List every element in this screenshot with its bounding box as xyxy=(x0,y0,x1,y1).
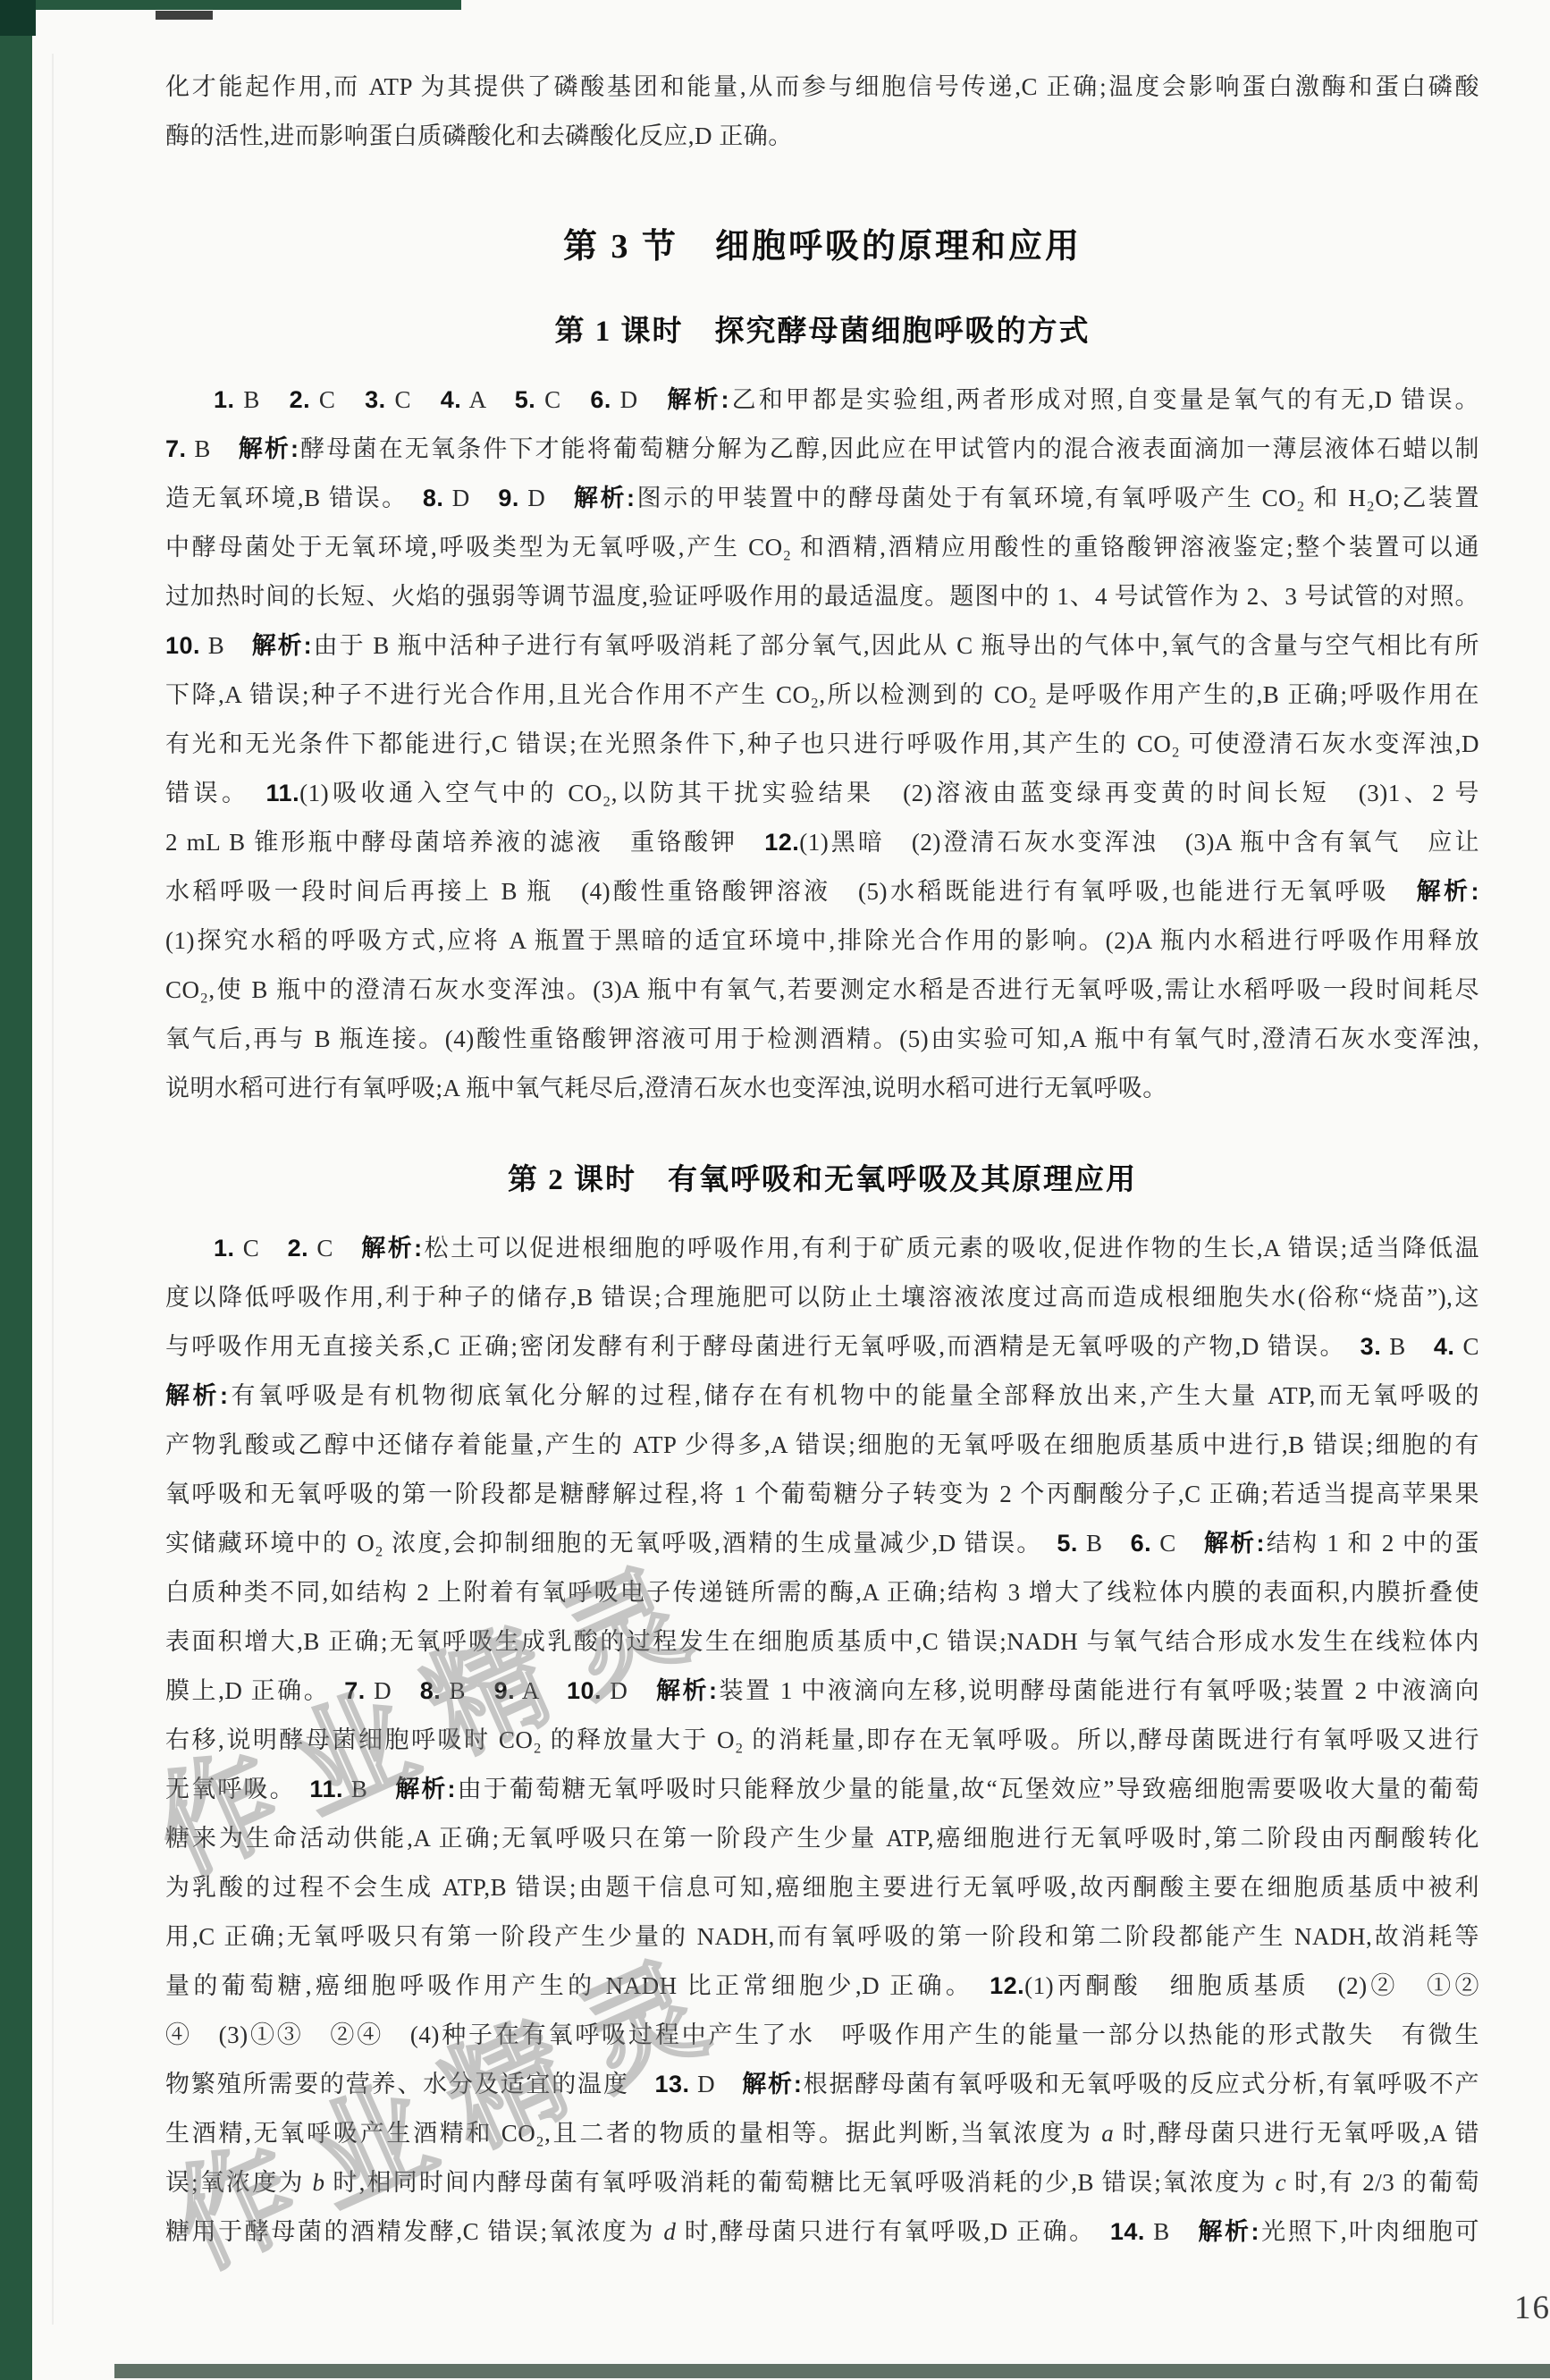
text-segment: 3. xyxy=(1360,1333,1382,1360)
text-segment: 氧气后,再与 B 瓶连接。(4)酸性重铬酸钾溶液可用于检测酒精。(5)由实验可知… xyxy=(165,1025,1479,1052)
text-segment: 水稻呼吸一段时间后再接上 B 瓶 (4)酸性重铬酸钾溶液 (5)水稻既能进行有氧… xyxy=(165,878,1417,905)
text-segment: B xyxy=(1381,1333,1434,1360)
text-segment: (1)丙酮酸 细胞质基质 (2)② ①② xyxy=(1024,1972,1479,1999)
text-segment: 产物乳酸或乙醇中还储存着能量,产生的 ATP 少得多,A 错误;细胞的无氧呼吸在… xyxy=(165,1431,1479,1458)
answer-text-line: 实储藏环境中的 O₂ 浓度,会抑制细胞的无氧呼吸,酒精的生成量减少,D 错误。 … xyxy=(165,1519,1479,1568)
text-segment: C xyxy=(310,386,365,413)
answer-text-line: 与呼吸作用无直接关系,C 正确;密闭发酵有利于酵母菌进行无氧呼吸,而酒精是无氧呼… xyxy=(165,1322,1479,1371)
text-segment: C xyxy=(308,1235,361,1262)
text-segment: 13. xyxy=(654,2071,689,2097)
text-segment: 2 mL B 锥形瓶中酵母菌培养液的滤液 重铬酸钾 xyxy=(165,829,764,856)
text-segment: ④ (3)①③ ②④ (4)种子在有氧呼吸过程中产生了水 呼吸作用产生的能量一部… xyxy=(165,2021,1479,2048)
text-segment: D xyxy=(366,1677,420,1704)
text-segment: 下降,A 错误;种子不进行光合作用,且光合作用不产生 CO₂,所以检测到的 CO… xyxy=(165,681,1479,708)
text-segment: 用,C 正确;无氧呼吸只有第一阶段产生少量的 NADH,而有氧呼吸的第一阶段和第… xyxy=(165,1923,1479,1950)
section-heading: 第 3 节 细胞呼吸的原理和应用 xyxy=(165,220,1479,274)
text-segment: 6. xyxy=(1131,1530,1152,1557)
text-segment: 白质种类不同,如结构 2 上附着有氧呼吸电子传递链所需的酶,A 正确;结构 3 … xyxy=(165,1579,1479,1606)
text-segment: 松土可以促进根细胞的呼吸作用,有利于矿质元素的吸收,促进作物的生长,A 错误;适… xyxy=(423,1235,1479,1262)
text-segment: 时,有 2/3 的葡萄 xyxy=(1286,2169,1479,2196)
text-segment: 糖用于酵母菌的酒精发酵,C 错误;氧浓度为 xyxy=(165,2218,663,2245)
answer-text-line: 糖用于酵母菌的酒精发酵,C 错误;氧浓度为 d 时,酵母菌只进行有氧呼吸,D 正… xyxy=(165,2207,1479,2257)
text-segment: 有光和无光条件下都能进行,C 错误;在光照条件下,种子也只进行呼吸作用,其产生的… xyxy=(165,730,1479,757)
text-segment: 8. xyxy=(423,485,444,511)
text-segment: D xyxy=(602,1677,656,1704)
answer-text-line: 糖来为生命活动供能,A 正确;无氧呼吸只在第一阶段产生少量 ATP,癌细胞进行无… xyxy=(165,1814,1479,1863)
text-segment: 造无氧环境,B 错误。 xyxy=(165,485,423,511)
text-segment: D xyxy=(519,485,574,511)
text-segment: B xyxy=(235,386,290,413)
text-segment: 9. xyxy=(498,485,519,511)
text-segment: 与呼吸作用无直接关系,C 正确;密闭发酵有利于酵母菌进行无氧呼吸,而酒精是无氧呼… xyxy=(165,1333,1360,1360)
answer-text-line: 化才能起作用,而 ATP 为其提供了磷酸基团和能量,从而参与细胞信号传递,C 正… xyxy=(165,63,1479,112)
text-segment: c xyxy=(1276,2169,1286,2196)
lesson-heading: 第 1 课时 探究酵母菌细胞呼吸的方式 xyxy=(165,309,1479,354)
text-segment: B xyxy=(441,1677,493,1704)
text-segment: 5. xyxy=(1057,1530,1078,1557)
answer-text-line: 错误。 11.(1)吸收通入空气中的 CO₂,以防其干扰实验结果 (2)溶液由蓝… xyxy=(165,769,1479,818)
answer-text-line: 有光和无光条件下都能进行,C 错误;在光照条件下,种子也只进行呼吸作用,其产生的… xyxy=(165,720,1479,769)
text-segment: 时,酵母菌只进行无氧呼吸,A 错 xyxy=(1114,2120,1479,2147)
answer-text-line: ④ (3)①③ ②④ (4)种子在有氧呼吸过程中产生了水 呼吸作用产生的能量一部… xyxy=(165,2011,1479,2060)
text-segment: 乙和甲都是实验组,两者形成对照,自变量是氧气的有无,D 错误。 xyxy=(729,386,1479,413)
answer-text-line: 产物乳酸或乙醇中还储存着能量,产生的 ATP 少得多,A 错误;细胞的无氧呼吸在… xyxy=(165,1421,1479,1470)
text-segment: C xyxy=(235,1235,288,1262)
lesson-heading: 第 2 课时 有氧呼吸和无氧呼吸及其原理应用 xyxy=(165,1158,1479,1203)
text-segment: 物繁殖所需要的营养、水分及适宜的温度 xyxy=(165,2071,654,2097)
text-segment: 误;氧浓度为 xyxy=(165,2169,312,2196)
answer-text-line: 膜上,D 正确。 7. D 8. B 9. A 10. D 解析:装置 1 中液… xyxy=(165,1667,1479,1716)
answer-text-line: 过加热时间的长短、火焰的强弱等调节温度,验证呼吸作用的最适温度。题图中的 1、4… xyxy=(165,572,1479,621)
text-segment: 6. xyxy=(590,386,611,413)
text-segment: 光照下,叶肉细胞可 xyxy=(1259,2218,1479,2245)
text-segment: 1. xyxy=(214,386,235,413)
text-segment: 7. xyxy=(165,435,187,462)
answer-text-line: 造无氧环境,B 错误。 8. D 9. D 解析:图示的甲装置中的酵母菌处于有氧… xyxy=(165,474,1479,523)
answer-text-line: (1)探究水稻的呼吸方式,应将 A 瓶置于黑暗的适宜环境中,排除光合作用的影响。… xyxy=(165,916,1479,966)
answer-text-line: 为乳酸的过程不会生成 ATP,B 错误;由题干信息可知,癌细胞主要进行无氧呼吸,… xyxy=(165,1863,1479,1912)
answer-text-line: 用,C 正确;无氧呼吸只有第一阶段产生少量的 NADH,而有氧呼吸的第一阶段和第… xyxy=(165,1912,1479,1962)
text-segment: 量的葡萄糖,癌细胞呼吸作用产生的 NADH 比正常细胞少,D 正确。 xyxy=(165,1972,990,1999)
text-segment: 由于 B 瓶中活种子进行有氧呼吸消耗了部分氧气,因此从 C 瓶导出的气体中,氧气… xyxy=(312,632,1479,659)
answer-text-line: 下降,A 错误;种子不进行光合作用,且光合作用不产生 CO₂,所以检测到的 CO… xyxy=(165,671,1479,720)
answer-text-line: 无氧呼吸。 11. B 解析:由于葡萄糖无氧呼吸时只能释放少量的能量,故“瓦堡效… xyxy=(165,1765,1479,1814)
answer-text-line: 1. C 2. C 解析:松土可以促进根细胞的呼吸作用,有利于矿质元素的吸收,促… xyxy=(165,1224,1479,1273)
text-segment: B xyxy=(1078,1530,1131,1557)
answer-text-line: 度以降低呼吸作用,利于种子的储存,B 错误;合理施肥可以防止土壤溶液浓度过高而造… xyxy=(165,1273,1479,1322)
text-segment: 表面积增大,B 正确;无氧呼吸生成乳酸的过程发生在细胞质基质中,C 错误;NAD… xyxy=(165,1628,1479,1655)
text-segment: C xyxy=(1454,1333,1479,1360)
text-segment: 实储藏环境中的 O₂ 浓度,会抑制细胞的无氧呼吸,酒精的生成量减少,D 错误。 xyxy=(165,1530,1057,1557)
text-segment: 解析: xyxy=(1417,878,1479,905)
answer-text-line: 解析:有氧呼吸是有机物彻底氧化分解的过程,储存在有机物中的能量全部释放出来,产生… xyxy=(165,1371,1479,1421)
text-segment: 解析: xyxy=(656,1677,718,1704)
text-segment: 酶的活性,进而影响蛋白质磷酸化和去磷酸化反应,D 正确。 xyxy=(165,122,793,149)
text-segment: 8. xyxy=(420,1677,442,1704)
text-segment: A xyxy=(461,386,515,413)
text-segment: 装置 1 中液滴向左移,说明酵母菌能进行有氧呼吸;装置 2 中液滴向 xyxy=(718,1677,1480,1704)
text-segment: 右移,说明酵母菌细胞呼吸时 CO₂ 的释放量大于 O₂ 的消耗量,即存在无氧呼吸… xyxy=(165,1726,1479,1753)
text-segment: 酵母菌在无氧条件下才能将葡萄糖分解为乙醇,因此应在甲试管内的混合液表面滴加一薄层… xyxy=(299,435,1479,462)
text-segment: 解析: xyxy=(742,2071,802,2097)
answer-text-line: 10. B 解析:由于 B 瓶中活种子进行有氧呼吸消耗了部分氧气,因此从 C 瓶… xyxy=(165,621,1479,671)
answer-text-line: 说明水稻可进行有氧呼吸;A 瓶中氧气耗尽后,澄清石灰水也变浑浊,说明水稻可进行无… xyxy=(165,1064,1479,1113)
page-border-left xyxy=(0,0,32,2380)
text-segment: 氧呼吸和无氧呼吸的第一阶段都是糖酵解过程,将 1 个葡萄糖分子转变为 2 个丙酮… xyxy=(165,1481,1479,1507)
text-segment: A xyxy=(515,1677,567,1704)
text-segment: 由于葡萄糖无氧呼吸时只能释放少量的能量,故“瓦堡效应”导致癌细胞需要吸收大量的葡… xyxy=(456,1776,1479,1802)
text-segment: D xyxy=(611,386,668,413)
text-segment: b xyxy=(312,2169,324,2196)
text-segment: B xyxy=(1145,2218,1199,2245)
text-segment: 4. xyxy=(1434,1333,1455,1360)
text-segment: 解析: xyxy=(574,485,636,511)
answer-text-line: 酶的活性,进而影响蛋白质磷酸化和去磷酸化反应,D 正确。 xyxy=(165,112,1479,161)
text-segment: 10. xyxy=(165,632,200,659)
text-segment: (1)黑暗 (2)澄清石灰水变浑浊 (3)A 瓶中含有氧气 应让 xyxy=(799,829,1479,856)
text-segment: 解析: xyxy=(667,386,729,413)
answer-text-line: 氧气后,再与 B 瓶连接。(4)酸性重铬酸钾溶液可用于检测酒精。(5)由实验可知… xyxy=(165,1015,1479,1064)
text-segment: 9. xyxy=(494,1677,516,1704)
text-segment: 错误。 xyxy=(165,780,266,806)
text-segment: 无氧呼吸。 xyxy=(165,1776,309,1802)
text-segment: (1)探究水稻的呼吸方式,应将 A 瓶置于黑暗的适宜环境中,排除光合作用的影响。… xyxy=(165,927,1479,954)
answer-text-line: 右移,说明酵母菌细胞呼吸时 CO₂ 的释放量大于 O₂ 的消耗量,即存在无氧呼吸… xyxy=(165,1716,1479,1765)
answer-text-line: 2 mL B 锥形瓶中酵母菌培养液的滤液 重铬酸钾 12.(1)黑暗 (2)澄清… xyxy=(165,818,1479,867)
text-segment: 2. xyxy=(290,386,311,413)
page-border-bottom xyxy=(114,2364,1550,2378)
answer-text-line: 1. B 2. C 3. C 4. A 5. C 6. D 解析:乙和甲都是实验… xyxy=(165,376,1479,425)
text-segment: D xyxy=(443,485,498,511)
page-border-top xyxy=(0,0,461,10)
scan-mark xyxy=(156,11,213,20)
text-segment: 为乳酸的过程不会生成 ATP,B 错误;由题干信息可知,癌细胞主要进行无氧呼吸,… xyxy=(165,1874,1479,1901)
text-segment: 12. xyxy=(990,1972,1024,1999)
answer-text-line: 量的葡萄糖,癌细胞呼吸作用产生的 NADH 比正常细胞少,D 正确。 12.(1… xyxy=(165,1962,1479,2011)
text-segment: 解析: xyxy=(252,632,312,659)
text-segment: 时,相同时间内酵母菌有氧呼吸消耗的葡萄糖比无氧呼吸消耗的少,B 错误;氧浓度为 xyxy=(324,2169,1275,2196)
text-segment: d xyxy=(663,2218,676,2245)
page-corner-square xyxy=(0,0,36,36)
text-segment: 解析: xyxy=(395,1776,456,1802)
text-segment: 10. xyxy=(567,1677,602,1704)
text-segment: C xyxy=(386,386,441,413)
answer-text-line: 误;氧浓度为 b 时,相同时间内酵母菌有氧呼吸消耗的葡萄糖比无氧呼吸消耗的少,B… xyxy=(165,2158,1479,2207)
answer-text-line: 表面积增大,B 正确;无氧呼吸生成乳酸的过程发生在细胞质基质中,C 错误;NAD… xyxy=(165,1617,1479,1667)
answer-text-line: 生酒精,无氧呼吸产生酒精和 CO₂,且二者的物质的量相等。据此判断,当氧浓度为 … xyxy=(165,2109,1479,2158)
content-area: 化才能起作用,而 ATP 为其提供了磷酸基团和能量,从而参与细胞信号传递,C 正… xyxy=(165,63,1479,2257)
page-seam xyxy=(52,54,54,2325)
text-segment: 2. xyxy=(288,1235,309,1262)
text-segment: 解析: xyxy=(1204,1530,1265,1557)
text-segment: B xyxy=(343,1776,395,1802)
text-segment: 4. xyxy=(441,386,462,413)
text-segment: 中酵母菌处于无氧环境,呼吸类型为无氧呼吸,产生 CO₂ 和酒精,酒精应用酸性的重… xyxy=(165,534,1479,561)
answer-text-line: 7. B 解析:酵母菌在无氧条件下才能将葡萄糖分解为乙醇,因此应在甲试管内的混合… xyxy=(165,425,1479,474)
text-segment: 图示的甲装置中的酵母菌处于有氧环境,有氧呼吸产生 CO₂ 和 H₂O;乙装置 xyxy=(636,485,1479,511)
answer-text-line: 物繁殖所需要的营养、水分及适宜的温度 13. D 解析:根据酵母菌有氧呼吸和无氧… xyxy=(165,2060,1479,2109)
text-segment: 时,酵母菌只进行有氧呼吸,D 正确。 xyxy=(676,2218,1109,2245)
text-segment: 生酒精,无氧呼吸产生酒精和 CO₂,且二者的物质的量相等。据此判断,当氧浓度为 xyxy=(165,2120,1101,2147)
text-segment: 根据酵母菌有氧呼吸和无氧呼吸的反应式分析,有氧呼吸不产 xyxy=(802,2071,1479,2097)
text-segment: B xyxy=(200,632,252,659)
text-segment: CO₂,使 B 瓶中的澄清石灰水变浑浊。(3)A 瓶中有氧气,若要测定水稻是否进… xyxy=(165,976,1479,1003)
text-segment: 度以降低呼吸作用,利于种子的储存,B 错误;合理施肥可以防止土壤溶液浓度过高而造… xyxy=(165,1284,1479,1311)
text-segment: 12. xyxy=(764,829,799,856)
text-segment: D xyxy=(690,2071,743,2097)
text-segment: 膜上,D 正确。 xyxy=(165,1677,344,1704)
text-segment: 14. xyxy=(1110,2218,1145,2245)
text-segment: B xyxy=(187,435,239,462)
text-segment: 7. xyxy=(344,1677,366,1704)
answer-text-line: CO₂,使 B 瓶中的澄清石灰水变浑浊。(3)A 瓶中有氧气,若要测定水稻是否进… xyxy=(165,966,1479,1015)
text-segment: C xyxy=(535,386,590,413)
text-segment: 11. xyxy=(266,780,300,806)
page-number: 16 xyxy=(1514,2289,1550,2327)
text-segment: 解析: xyxy=(239,435,299,462)
text-segment: 说明水稻可进行有氧呼吸;A 瓶中氧气耗尽后,澄清石灰水也变浑浊,说明水稻可进行无… xyxy=(165,1075,1167,1101)
text-segment: 3. xyxy=(365,386,386,413)
text-segment: 结构 1 和 2 中的蛋 xyxy=(1265,1530,1479,1557)
text-segment: (1)吸收通入空气中的 CO₂,以防其干扰实验结果 (2)溶液由蓝变绿再变黄的时… xyxy=(299,780,1479,806)
answer-text-line: 水稻呼吸一段时间后再接上 B 瓶 (4)酸性重铬酸钾溶液 (5)水稻既能进行有氧… xyxy=(165,867,1479,916)
answer-text-line: 中酵母菌处于无氧环境,呼吸类型为无氧呼吸,产生 CO₂ 和酒精,酒精应用酸性的重… xyxy=(165,523,1479,572)
text-segment: 化才能起作用,而 ATP 为其提供了磷酸基团和能量,从而参与细胞信号传递,C 正… xyxy=(165,73,1479,100)
text-segment: 有氧呼吸是有机物彻底氧化分解的过程,储存在有机物中的能量全部释放出来,产生大量 … xyxy=(229,1382,1479,1409)
text-segment: 糖来为生命活动供能,A 正确;无氧呼吸只在第一阶段产生少量 ATP,癌细胞进行无… xyxy=(165,1825,1479,1852)
text-segment: C xyxy=(1151,1530,1204,1557)
text-segment: 过加热时间的长短、火焰的强弱等调节温度,验证呼吸作用的最适温度。题图中的 1、4… xyxy=(165,583,1479,610)
text-segment: 5. xyxy=(515,386,536,413)
text-segment: 解析: xyxy=(361,1235,422,1262)
answer-text-line: 氧呼吸和无氧呼吸的第一阶段都是糖酵解过程,将 1 个葡萄糖分子转变为 2 个丙酮… xyxy=(165,1470,1479,1519)
text-segment: 1. xyxy=(214,1235,235,1262)
text-segment: 11. xyxy=(309,1776,343,1802)
text-segment: 解析: xyxy=(165,1382,229,1409)
answer-text-line: 白质种类不同,如结构 2 上附着有氧呼吸电子传递链所需的酶,A 正确;结构 3 … xyxy=(165,1568,1479,1617)
text-segment: a xyxy=(1101,2120,1114,2147)
text-segment: 解析: xyxy=(1198,2218,1259,2245)
